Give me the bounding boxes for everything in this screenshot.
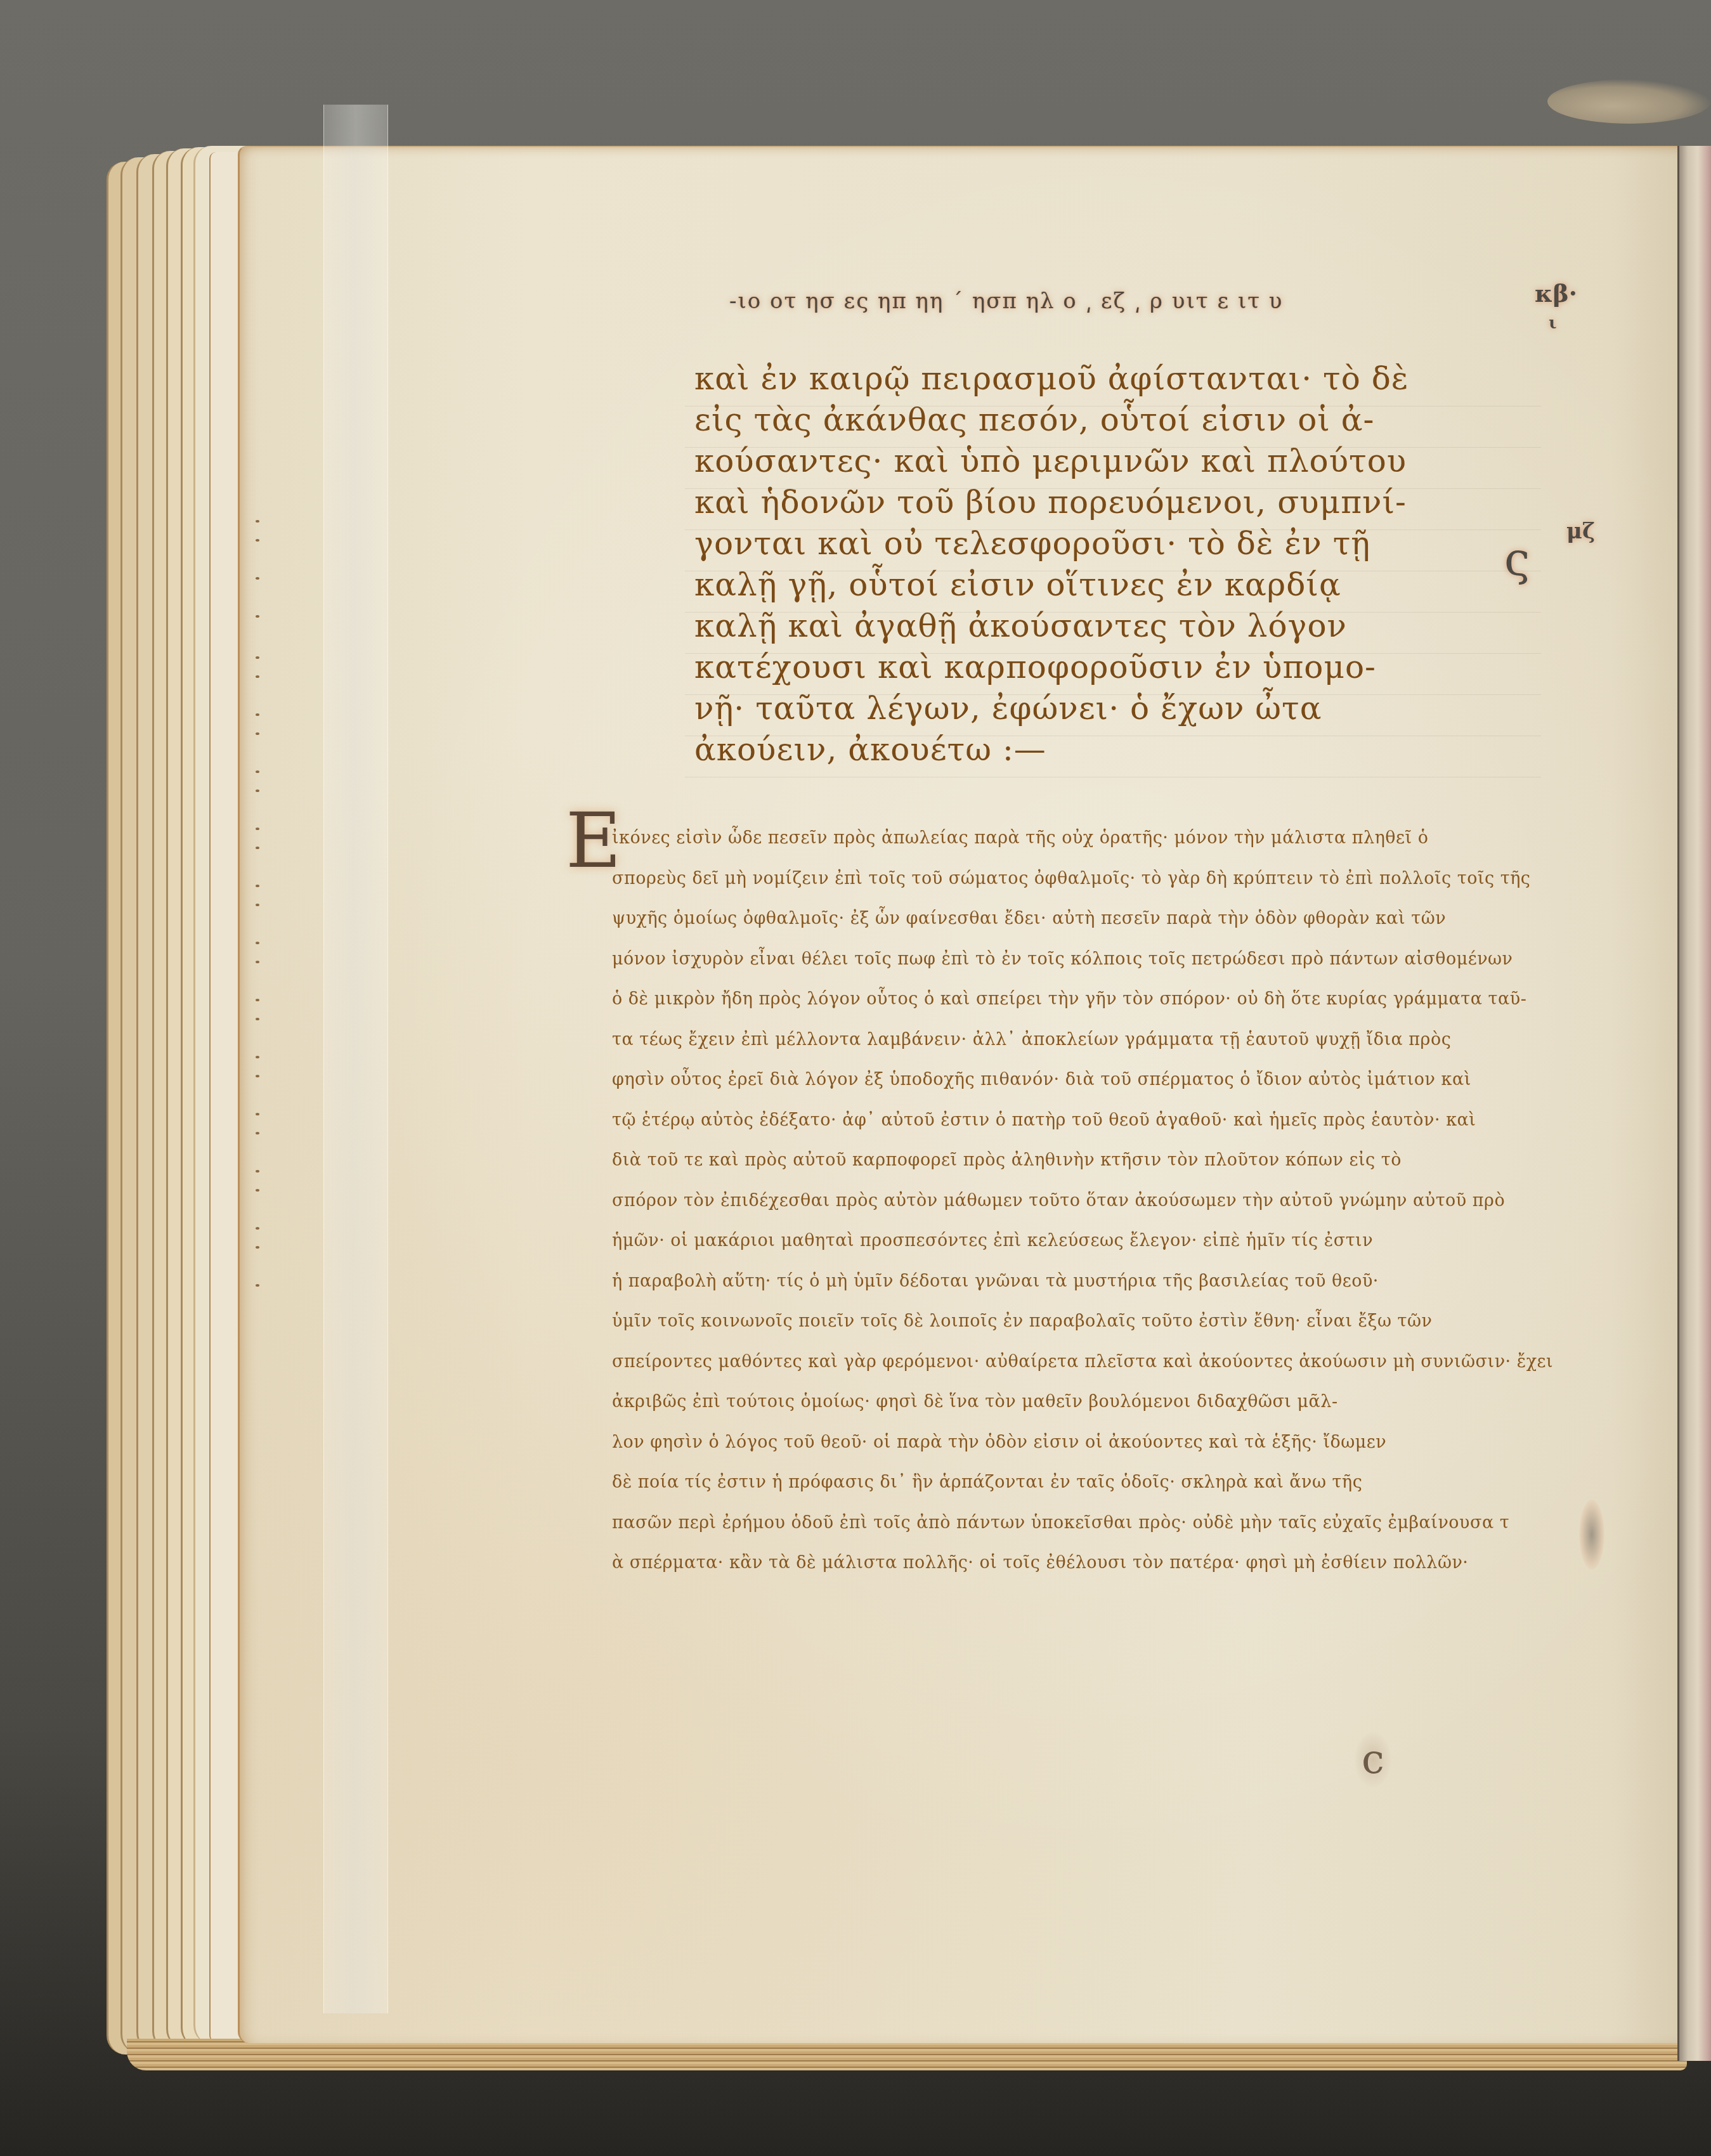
prick-mark bbox=[256, 656, 259, 659]
commentary-line: ὑμῖν τοῖς κοινωνοῖς ποιεῖν τοῖς δὲ λοιπο… bbox=[612, 1301, 1601, 1342]
prick-mark bbox=[256, 615, 259, 618]
prick-mark bbox=[256, 520, 259, 523]
commentary-line: ἡ παραβολὴ αὕτη· τίς ὁ μὴ ὑμῖν δέδοται γ… bbox=[612, 1261, 1601, 1302]
ruled-line bbox=[685, 777, 1541, 777]
prick-mark bbox=[256, 961, 259, 963]
prick-mark bbox=[256, 904, 259, 906]
commentary-line: σπόρον τὸν ἐπιδέχεσθαι πρὸς αὐτὸν μάθωμε… bbox=[612, 1181, 1601, 1221]
commentary-line: σπείροντες μαθόντες καὶ γὰρ φερόμενοι· α… bbox=[612, 1342, 1601, 1382]
gospel-line: κατέχουσι καὶ καρποφοροῦσιν ἐν ὑπομο- bbox=[694, 647, 1538, 688]
prick-marks bbox=[256, 520, 262, 1306]
ink-offset-stain bbox=[1579, 1500, 1604, 1569]
prick-mark bbox=[256, 539, 259, 542]
gospel-line: γονται καὶ οὐ τελεσφοροῦσι· τὸ δὲ ἐν τῇ bbox=[694, 523, 1538, 564]
commentary-line: ἡμῶν· οἱ μακάριοι μαθηταὶ προσπεσόντες ἐ… bbox=[612, 1221, 1601, 1261]
commentary-line: μόνον ἰσχυρὸν εἶναι θέλει τοῖς πωφ ἐπὶ τ… bbox=[612, 939, 1601, 980]
prick-mark bbox=[256, 675, 259, 678]
prick-mark bbox=[256, 1132, 259, 1134]
commentary-line: τα τέως ἔχειν ἐπὶ μέλλοντα λαμβάνειν· ἀλ… bbox=[612, 1020, 1601, 1060]
commentary-line: διὰ τοῦ τε καὶ πρὸς αὐτοῦ καρποφορεῖ πρὸ… bbox=[612, 1140, 1601, 1181]
prick-mark bbox=[256, 828, 259, 830]
commentary-line: ἀκριβῶς ἐπὶ τούτοις ὁμοίως· φησὶ δὲ ἵνα … bbox=[612, 1382, 1601, 1422]
prick-mark bbox=[256, 942, 259, 944]
gospel-line: εἰς τὰς ἀκάνθας πεσόν, οὗτοί εἰσιν οἱ ἀ- bbox=[694, 399, 1538, 441]
binding-thread bbox=[1547, 79, 1711, 124]
commentary-line: ὰ σπέρματα· κἂν τὰ δὲ μάλιστα πολλῆς· οἱ… bbox=[612, 1543, 1601, 1583]
prick-mark bbox=[256, 1170, 259, 1172]
page-block-bottom-edge bbox=[127, 2039, 1687, 2070]
prick-mark bbox=[256, 713, 259, 716]
commentary-line: τῷ ἑτέρῳ αὐτὸς ἐδέξατο· ἀφ᾽ αὐτοῦ ἐστιν … bbox=[612, 1100, 1601, 1141]
commentary-line: δὲ ποία τίς ἐστιν ἡ πρόφασις δι᾽ ἣν ἁρπά… bbox=[612, 1462, 1601, 1503]
commentary-line: φησὶν οὗτος ἐρεῖ διὰ λόγον ἐξ ὑποδοχῆς π… bbox=[612, 1060, 1601, 1100]
commentary-line: ἰκόνες εἰσὶν ὧδε πεσεῖν πρὸς ἀπωλείας πα… bbox=[612, 818, 1601, 859]
prick-mark bbox=[256, 1018, 259, 1020]
folio-number: κβ· bbox=[1535, 279, 1577, 308]
gospel-line: καλῇ γῇ, οὗτοί εἰσιν οἵτινες ἐν καρδίᾳ bbox=[694, 564, 1538, 606]
prick-mark bbox=[256, 1075, 259, 1077]
prick-mark bbox=[256, 1246, 259, 1249]
running-title: -ιο οτ ησ ες ηπ ηη ΄ ησπ ηλ ο ͵ εζ ͵ ρ υ… bbox=[729, 289, 1503, 314]
decorated-initial: Ε bbox=[566, 800, 610, 883]
prick-mark bbox=[256, 847, 259, 849]
prick-mark bbox=[256, 1056, 259, 1058]
commentary-line: πασῶν περὶ ἐρήμου ὁδοῦ ἐπὶ τοῖς ἀπὸ πάντ… bbox=[612, 1503, 1601, 1543]
prick-mark bbox=[256, 885, 259, 887]
gospel-line: νῇ· ταῦτα λέγων, ἐφώνει· ὁ ἔχων ὦτα bbox=[694, 688, 1538, 729]
gospel-line: καὶ ἡδονῶν τοῦ βίου πορευόμενοι, συμπνί- bbox=[694, 482, 1538, 523]
gospel-line: κούσαντες· καὶ ὑπὸ μεριμνῶν καὶ πλούτου bbox=[694, 441, 1538, 482]
prick-mark bbox=[256, 1284, 259, 1287]
manuscript-photo: -ιο οτ ησ ες ηπ ηη ΄ ησπ ηλ ο ͵ εζ ͵ ρ υ… bbox=[0, 0, 1711, 2156]
commentary-line: ὁ δὲ μικρὸν ἤδη πρὸς λόγον οὗτος ὁ καὶ σ… bbox=[612, 979, 1601, 1020]
prick-mark bbox=[256, 1113, 259, 1115]
commentary-line: σπορεὺς δεῖ μὴ νομίζειν ἐπὶ τοῖς τοῦ σώμ… bbox=[612, 859, 1601, 899]
prick-mark bbox=[256, 789, 259, 792]
gospel-line: καλῇ καὶ ἀγαθῇ ἀκούσαντες τὸν λόγον bbox=[694, 606, 1538, 647]
commentary-line: λον φησὶν ὁ λόγος τοῦ θεοῦ· οἱ παρὰ τὴν … bbox=[612, 1422, 1601, 1463]
commentary-line: ψυχῆς ὁμοίως ὀφθαλμοῖς· ἐξ ὧν φαίνεσθαι … bbox=[612, 899, 1601, 939]
commentary-text: ἰκόνες εἰσὶν ὧδε πεσεῖν πρὸς ἀπωλείας πα… bbox=[612, 818, 1601, 1583]
gospel-line: καὶ ἐν καιρῷ πειρασμοῦ ἀφίστανται· τὸ δὲ bbox=[694, 358, 1538, 399]
lower-margin-mark: ϲ bbox=[1354, 1731, 1392, 1788]
prick-mark bbox=[256, 999, 259, 1001]
section-marker: μζ bbox=[1566, 519, 1595, 544]
folio-number-sub: ι bbox=[1549, 314, 1557, 333]
conservation-tape-strip bbox=[323, 105, 388, 2013]
prick-mark bbox=[256, 1227, 259, 1230]
gospel-text: καὶ ἐν καιρῷ πειρασμοῦ ἀφίστανται· τὸ δὲ… bbox=[694, 358, 1538, 770]
prick-mark bbox=[256, 732, 259, 735]
prick-mark bbox=[256, 770, 259, 773]
prick-mark bbox=[256, 1189, 259, 1192]
spine-gutter bbox=[1677, 146, 1711, 2061]
prick-mark bbox=[256, 577, 259, 580]
gospel-line: ἀκούειν, ἀκουέτω :— bbox=[694, 729, 1538, 770]
